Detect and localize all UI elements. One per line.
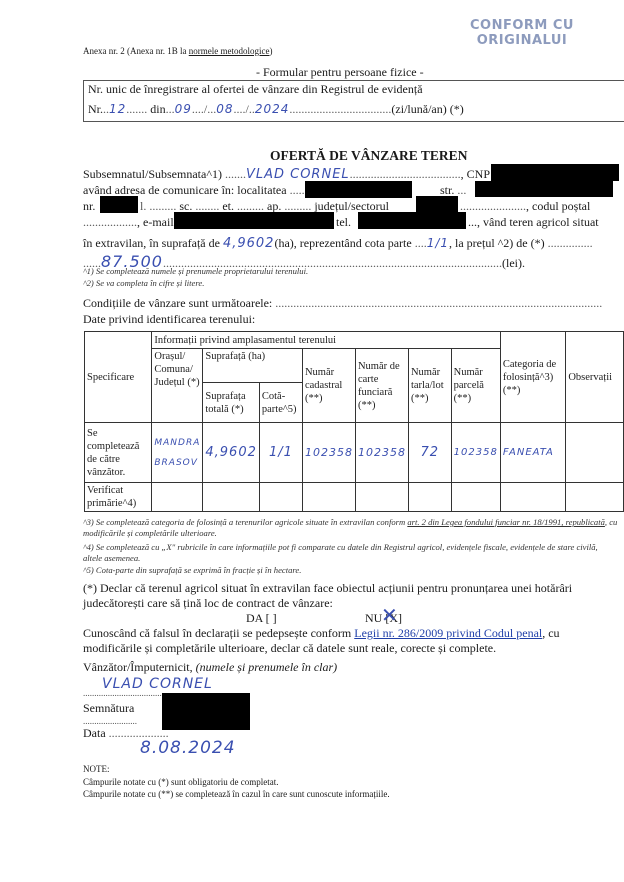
header-suprafata-totala: Suprafața totală (*): [203, 383, 260, 423]
cell-suprafata[interactable]: 4,9602: [203, 423, 260, 483]
header-carte: Număr de carte funciară (**): [355, 349, 408, 423]
stamp-line1: CONFORM CU: [470, 18, 574, 33]
conditions-line: Condițiile de vânzare sunt următoarele: …: [83, 296, 602, 311]
x-mark: ✕: [381, 603, 398, 627]
row-label-vanzator: Se completează de către vânzător.: [85, 423, 152, 483]
cell-cota[interactable]: 1/1: [259, 423, 302, 483]
cell-parcela[interactable]: 102358: [451, 423, 500, 483]
footnote-5: ^5) Cota-parte din suprafață se exprimă …: [83, 565, 301, 575]
header-tarla: Număr tarla/lot (**): [408, 349, 451, 423]
signature-date[interactable]: 8.08.2024: [140, 738, 236, 758]
signature-label: Semnătura: [83, 701, 134, 716]
stamp-line2: ORIGINALUI: [470, 33, 574, 48]
cell-empty[interactable]: [451, 483, 500, 512]
email-line: .................., e-mail: [83, 215, 174, 230]
cell-empty[interactable]: [566, 483, 624, 512]
declaration-text: (*) Declar că terenul agricol situat în …: [83, 581, 583, 611]
row-label-primarie: Verificat primărie^4): [85, 483, 152, 512]
registration-year[interactable]: 2024: [255, 102, 290, 116]
page-title: OFERTĂ DE VÂNZARE TEREN: [270, 148, 467, 164]
cell-empty[interactable]: [355, 483, 408, 512]
cell-tarla[interactable]: 72: [408, 423, 451, 483]
footnote-4: ^4) Se completează cu „X" rubricile în c…: [83, 542, 603, 564]
cell-empty[interactable]: [259, 483, 302, 512]
redacted-phone: [358, 212, 466, 229]
tel-label: tel.: [336, 215, 351, 230]
registration-line: Nr...12....... din...09..../...08..../..…: [88, 102, 464, 117]
seller-line: Vânzător/Împuternicit, (numele și prenum…: [83, 660, 337, 675]
redacted-signature: [162, 693, 250, 730]
da-checkbox[interactable]: DA [ ]: [246, 611, 277, 626]
cell-empty[interactable]: [500, 483, 565, 512]
footnote-1: ^1) Se completează numele și prenumele p…: [83, 266, 308, 276]
notes-line1: Câmpurile notate cu (*) sunt obligatoriu…: [83, 777, 278, 787]
registration-month[interactable]: 08: [216, 102, 233, 116]
share-value[interactable]: 1/1: [427, 236, 449, 250]
header-cadastral: Număr cadastral (**): [302, 349, 355, 423]
table-row: Verificat primărie^4): [85, 483, 624, 512]
penal-text: Cunoscând că falsul în declarații se ped…: [83, 626, 603, 656]
header-parcela: Număr parcelă (**): [451, 349, 500, 423]
identification-label: Date privind identificarea terenului:: [83, 312, 255, 327]
cell-carte[interactable]: 102358: [355, 423, 408, 483]
footnote-3: ^3) Se completează categoria de folosinț…: [83, 517, 618, 539]
header-observatii: Observații: [566, 332, 624, 423]
sell-text: ..., vând teren agricol situat: [468, 215, 599, 230]
table-row: Se completează de către vânzător. MANDRA…: [85, 423, 624, 483]
redacted-cnp: [491, 164, 619, 181]
cell-cadastral[interactable]: 102358: [302, 423, 355, 483]
notes-title: NOTE:: [83, 764, 110, 774]
cell-empty[interactable]: [302, 483, 355, 512]
owner-name[interactable]: VLAD CORNEL: [246, 167, 350, 182]
header-cota: Cotă-parte^5): [259, 383, 302, 423]
cell-categoria[interactable]: FANEATA: [500, 423, 565, 483]
header-categoria: Categoria de folosință^3) (**): [500, 332, 565, 423]
postal-code-label: ......................, codul poștal: [460, 199, 590, 214]
form-type: - Formular pentru persoane fizice -: [256, 65, 424, 80]
cell-empty[interactable]: [408, 483, 451, 512]
owner-name-line: Subsemnatul/Subsemnata^1) .......VLAD CO…: [83, 167, 490, 182]
registration-label: Nr. unic de înregistrare al ofertei de v…: [88, 82, 423, 97]
cell-empty[interactable]: [152, 483, 203, 512]
signature-dots: ........................: [83, 716, 137, 726]
header-suprafata: Suprafață (ha): [203, 349, 303, 383]
header-group: Informații privind amplasamentul terenul…: [152, 332, 500, 349]
owner-address-line2: nr.: [83, 199, 95, 214]
penal-code-link[interactable]: Legii nr. 286/2009 privind Codul penal: [354, 626, 542, 640]
annex-link[interactable]: normele metodologice: [189, 46, 270, 56]
redacted-email: [174, 212, 334, 229]
conform-stamp: CONFORM CU ORIGINALUI: [470, 18, 574, 48]
law-18-1991-link[interactable]: art. 2 din Legea fondului funciar nr. 18…: [407, 517, 605, 527]
cell-oras[interactable]: MANDRA BRASOV: [152, 423, 203, 483]
annex-line: Anexa nr. 2 (Anexa nr. 1B la normele met…: [83, 46, 272, 56]
cell-observatii[interactable]: [566, 423, 624, 483]
registration-day[interactable]: 09: [175, 102, 192, 116]
land-table: Specificare Informații privind amplasame…: [84, 331, 624, 512]
footnote-2: ^2) Se va completa în cifre și litere.: [83, 278, 204, 288]
redacted-locality: [305, 181, 412, 198]
header-specificare: Specificare: [85, 332, 152, 423]
cell-empty[interactable]: [203, 483, 260, 512]
header-oras: Orașul/ Comuna/ Județul (*): [152, 349, 203, 423]
area-line: în extravilan, în suprafață de 4,9602(ha…: [83, 236, 593, 251]
registration-nr[interactable]: 12: [109, 102, 126, 116]
area-value[interactable]: 4,9602: [223, 236, 275, 251]
notes-line2: Câmpurile notate cu (**) se completează …: [83, 789, 390, 799]
redacted-nr: [100, 196, 138, 213]
redacted-street: [475, 181, 613, 197]
